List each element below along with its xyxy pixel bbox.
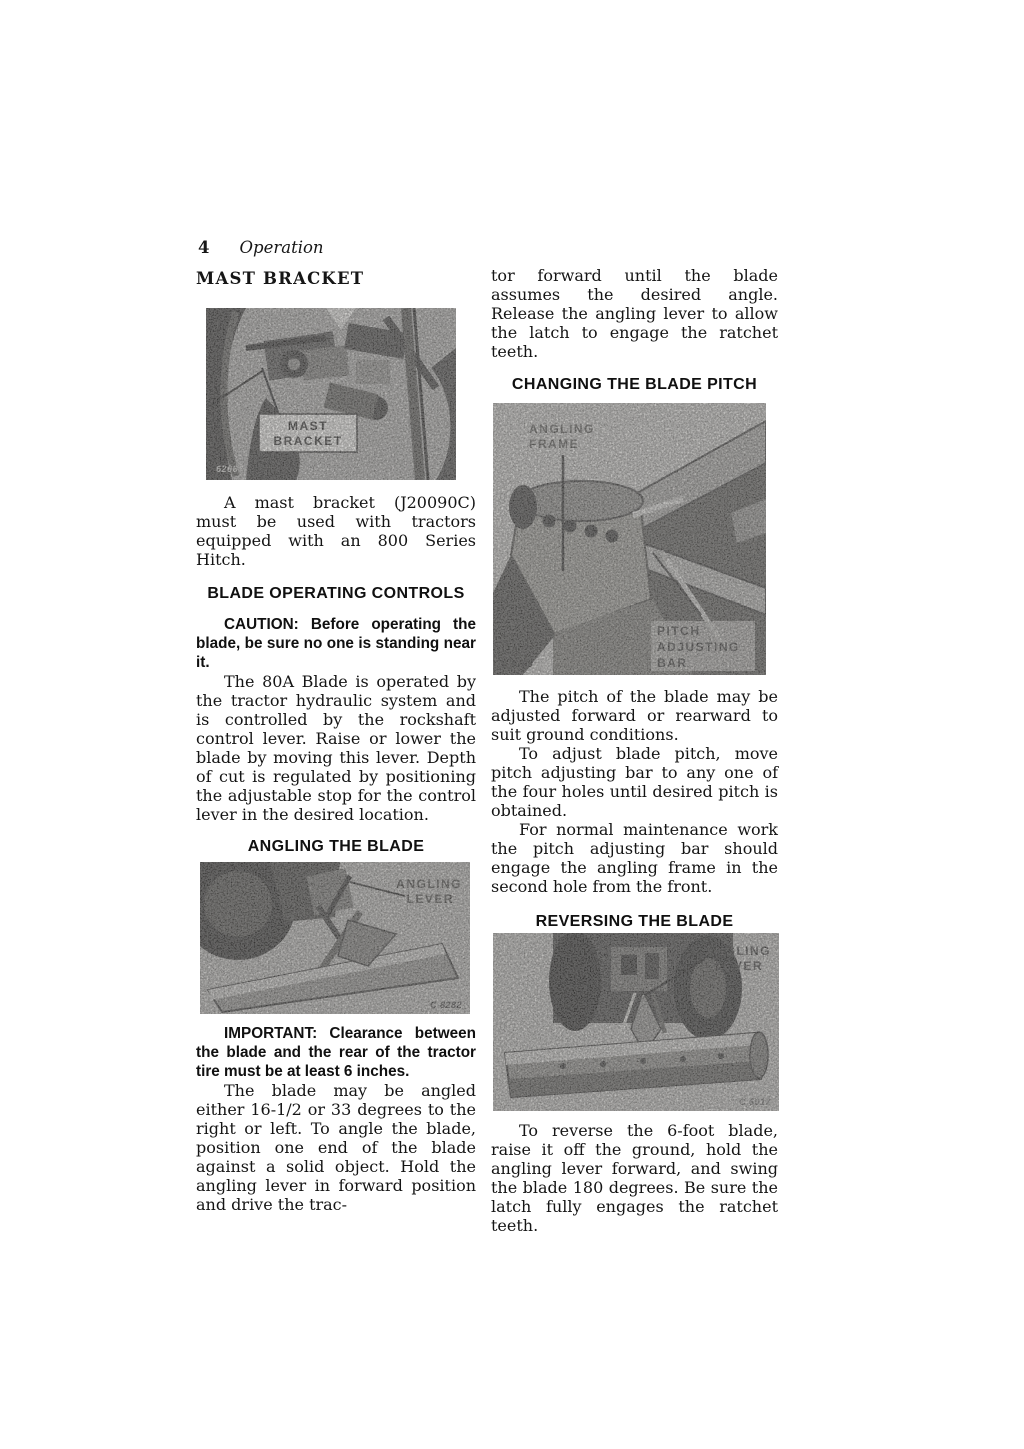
mast-bracket-photo: MAST BRACKET 62664 <box>206 308 456 480</box>
heading-changing-blade-pitch: CHANGING THE BLADE PITCH <box>491 376 778 394</box>
para-controls: The 80A Blade is operated by the tractor… <box>196 672 476 824</box>
heading-angling-the-blade: ANGLING THE BLADE <box>196 838 476 856</box>
blade-pitch-photo: ANGLING FRAME PITCH ADJUSTING BAR C 8266 <box>493 403 766 675</box>
heading-blade-operating-controls: BLADE OPERATING CONTROLS <box>196 585 476 603</box>
manual-page: 4Operation MAST BRACKET <box>0 0 1024 1449</box>
para-reversing: To reverse the 6-foot blade, raise it of… <box>491 1121 778 1235</box>
figure-angling-photo: ANGLING LEVER C 8282 <box>200 862 476 1014</box>
page-number: 4 <box>198 238 209 257</box>
section-title: Operation <box>239 238 323 257</box>
angling-blade-photo: ANGLING LEVER C 8282 <box>200 862 470 1014</box>
para-pitch-2: To adjust blade pitch, move pitch adjust… <box>491 744 778 820</box>
para-angling: The blade may be angled either 16-1/2 or… <box>196 1081 476 1214</box>
para-important: IMPORTANT: Clearance between the blade a… <box>196 1024 476 1081</box>
right-column: tor forward until the blade assumes the … <box>491 266 778 1235</box>
para-pitch-1: The pitch of the blade may be adjusted f… <box>491 687 778 744</box>
heading-mast-bracket: MAST BRACKET <box>196 269 476 288</box>
reversing-blade-photo: ANGLING LEVER C 6017 <box>493 933 779 1111</box>
figure-mast-bracket-photo: MAST BRACKET 62664 <box>206 308 476 480</box>
page-header: 4Operation <box>198 238 474 257</box>
left-column: 4Operation MAST BRACKET <box>196 238 476 1214</box>
figure-pitch-photo: ANGLING FRAME PITCH ADJUSTING BAR C 8266 <box>493 403 778 675</box>
figure-reversing-photo: ANGLING LEVER C 6017 <box>493 933 778 1111</box>
para-mast-bracket: A mast bracket (J20090C) must be used wi… <box>196 493 476 569</box>
para-pitch-3: For normal maintenance work the pitch ad… <box>491 820 778 896</box>
heading-reversing-the-blade: REVERSING THE BLADE <box>491 913 778 931</box>
para-continued: tor forward until the blade assumes the … <box>491 266 778 361</box>
para-caution: CAUTION: Before operating the blade, be … <box>196 615 476 672</box>
